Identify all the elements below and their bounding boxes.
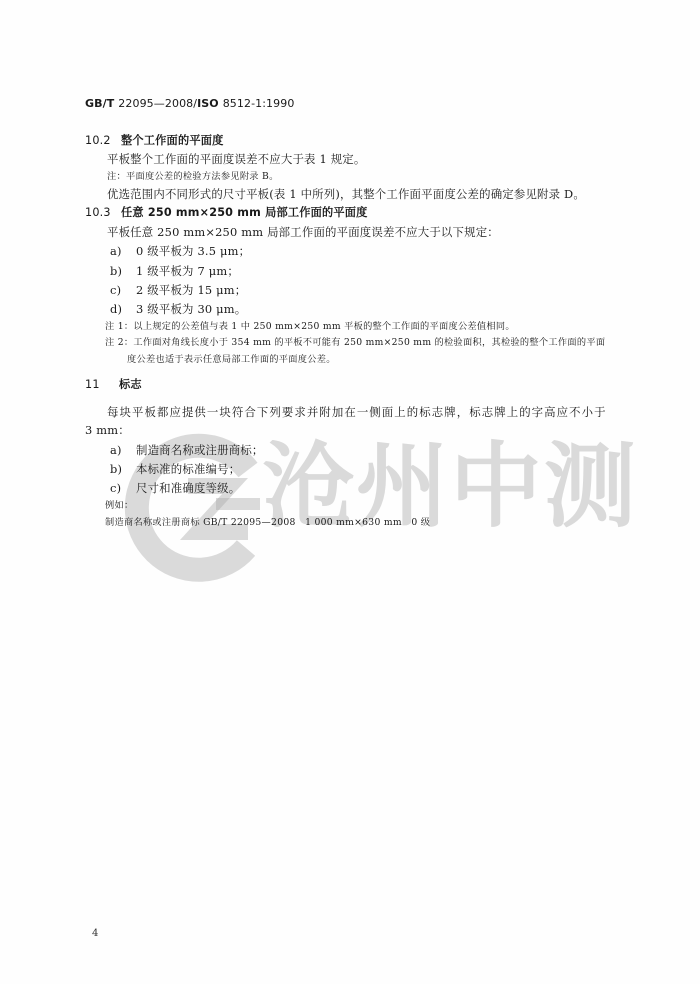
section-11-paragraph-line-2: 3 mm：	[85, 422, 130, 438]
section-title: 标志	[119, 378, 142, 391]
item-label: a)	[110, 442, 136, 458]
item-label: c)	[110, 480, 136, 496]
list-item: a)0 级平板为 3.5 μm；	[110, 243, 250, 259]
item-label: c)	[110, 282, 136, 298]
item-label: b)	[110, 461, 136, 477]
section-number: 11	[85, 377, 119, 393]
item-label: d)	[110, 301, 136, 317]
section-number: 10.2	[85, 133, 121, 149]
section-10-2-paragraph-2: 优选范围内不同形式的尺寸平板(表 1 中所列)，其整个工作面平面度公差的确定参见…	[107, 186, 585, 202]
item-text: 0 级平板为 3.5 μm；	[136, 244, 250, 258]
section-number: 10.3	[85, 205, 121, 221]
section-10-2-paragraph-1: 平板整个工作面的平面度误差不应大于表 1 规定。	[107, 151, 366, 167]
standard-number: 22095—2008/	[118, 97, 197, 110]
item-text: 制造商名称或注册商标；	[136, 443, 264, 457]
section-10-2-note: 注：平面度公差的检验方法参见附录 B。	[107, 170, 279, 184]
page-number: 4	[92, 928, 98, 939]
section-10-2-heading: 10.2整个工作面的平面度	[85, 133, 224, 149]
list-item: b)本标准的标准编号；	[110, 461, 240, 477]
section-10-3-intro: 平板任意 250 mm×250 mm 局部工作面的平面度误差不应大于以下规定：	[107, 224, 499, 240]
section-10-3-heading: 10.3任意 250 mm×250 mm 局部工作面的平面度	[85, 205, 368, 221]
standard-code: GB/T	[85, 97, 114, 110]
item-text: 3 级平板为 30 μm。	[136, 302, 246, 316]
document-header: GB/T 22095—2008/ISO 8512-1:1990	[85, 96, 294, 112]
item-text: 1 级平板为 7 μm；	[136, 264, 239, 278]
item-text: 本标准的标准编号；	[136, 462, 240, 476]
item-label: b)	[110, 263, 136, 279]
example-text: 制造商名称或注册商标 GB/T 22095—2008 1 000 mm×630 …	[105, 516, 430, 530]
list-item: d)3 级平板为 30 μm。	[110, 301, 246, 317]
section-title: 整个工作面的平面度	[121, 134, 224, 147]
section-10-3-note-2-line-2: 度公差也适于表示任意局部工作面的平面度公差。	[127, 353, 336, 367]
document-page: 沧州中测 GB/T 22095—2008/ISO 8512-1:1990 10.…	[0, 0, 700, 984]
example-label: 例如：	[105, 499, 133, 513]
item-text: 2 级平板为 15 μm；	[136, 283, 246, 297]
section-11-paragraph-line-1: 每块平板都应提供一块符合下列要求并附加在一侧面上的标志牌，标志牌上的字高应不小于	[107, 404, 607, 420]
iso-number: 8512-1:1990	[223, 97, 295, 110]
section-10-3-note-1: 注 1：以上规定的公差值与表 1 中 250 mm×250 mm 平板的整个工作…	[105, 320, 515, 334]
list-item: c)2 级平板为 15 μm；	[110, 282, 246, 298]
item-text: 尺寸和准确度等级。	[136, 481, 240, 495]
list-item: b)1 级平板为 7 μm；	[110, 263, 239, 279]
item-label: a)	[110, 243, 136, 259]
list-item: a)制造商名称或注册商标；	[110, 442, 264, 458]
section-11-heading: 11标志	[85, 377, 142, 393]
section-10-3-note-2-line-1: 注 2：工作面对角线长度小于 354 mm 的平板不可能有 250 mm×250…	[105, 336, 605, 350]
section-title: 任意 250 mm×250 mm 局部工作面的平面度	[121, 206, 368, 219]
iso-code: ISO	[197, 97, 219, 110]
list-item: c)尺寸和准确度等级。	[110, 480, 240, 496]
